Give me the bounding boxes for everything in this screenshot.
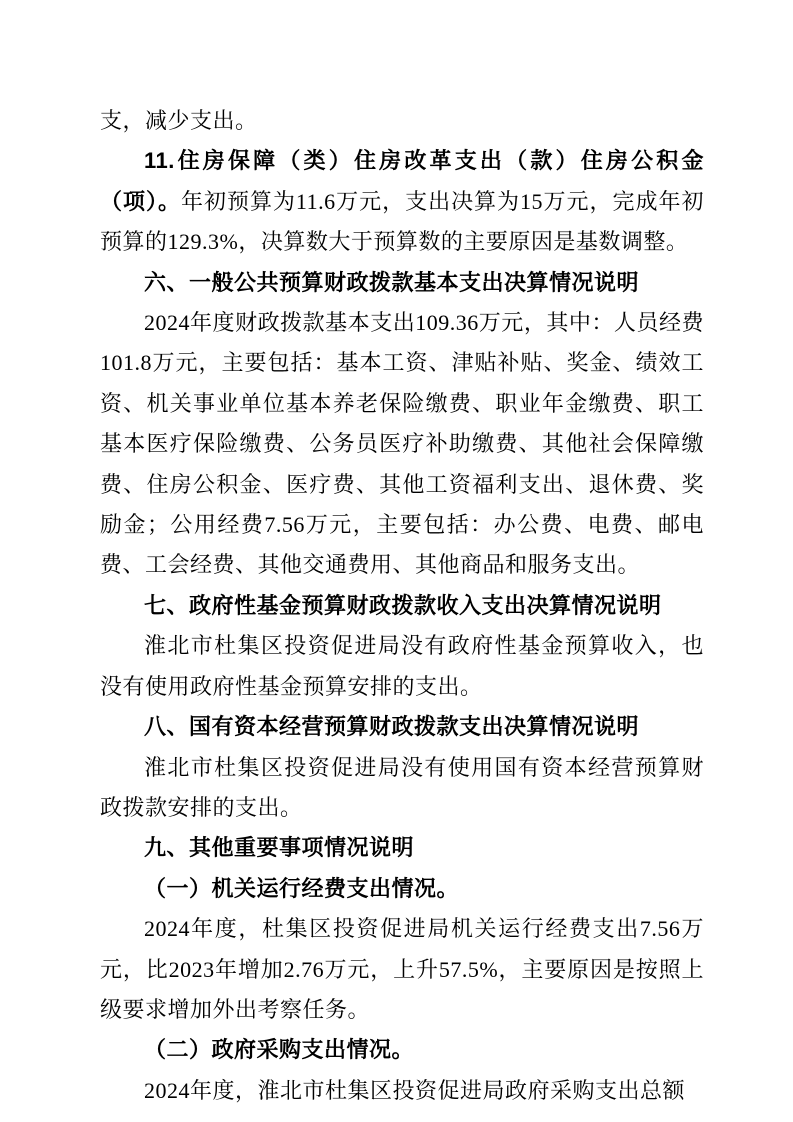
paragraph-section-7-body: 淮北市杜集区投资促进局没有政府性基金预算收入，也没有使用政府性基金预算安排的支出… [100, 626, 704, 707]
heading-section-9: 九、其他重要事项情况说明 [100, 828, 704, 868]
document-content: 支，减少支出。 11.住房保障（类）住房改革支出（款）住房公积金（项）。年初预算… [100, 101, 704, 1111]
paragraph-section-8-body: 淮北市杜集区投资促进局没有使用国有资本经营预算财政拨款安排的支出。 [100, 748, 704, 829]
paragraph-section-9-sub-2-body: 2024年度，淮北市杜集区投资促进局政府采购支出总额 [100, 1071, 704, 1111]
paragraph-item-11-housing: 11.住房保障（类）住房改革支出（款）住房公积金（项）。年初预算为11.6万元，… [100, 141, 704, 262]
heading-section-7: 七、政府性基金预算财政拨款收入支出决算情况说明 [100, 586, 704, 626]
heading-section-9-sub-2: （二）政府采购支出情况。 [100, 1030, 704, 1070]
heading-section-8: 八、国有资本经营预算财政拨款支出决算情况说明 [100, 707, 704, 747]
paragraph-continuation-text: 支，减少支出。 [100, 108, 258, 133]
paragraph-section-6-body: 2024年度财政拨款基本支出109.36万元，其中：人员经费101.8万元，主要… [100, 303, 704, 586]
heading-section-6: 六、一般公共预算财政拨款基本支出决算情况说明 [100, 263, 704, 303]
paragraph-section-9-sub-1-body: 2024年度，杜集区投资促进局机关运行经费支出7.56万元，比2023年增加2.… [100, 909, 704, 1030]
item-11-body-text: 年初预算为11.6万元，支出决算为15万元，完成年初预算的129.3%，决算数大… [100, 189, 704, 254]
paragraph-continuation: 支，减少支出。 [100, 101, 704, 141]
document-page: 支，减少支出。 11.住房保障（类）住房改革支出（款）住房公积金（项）。年初预算… [0, 0, 793, 1122]
heading-section-9-sub-1: （一）机关运行经费支出情况。 [100, 869, 704, 909]
